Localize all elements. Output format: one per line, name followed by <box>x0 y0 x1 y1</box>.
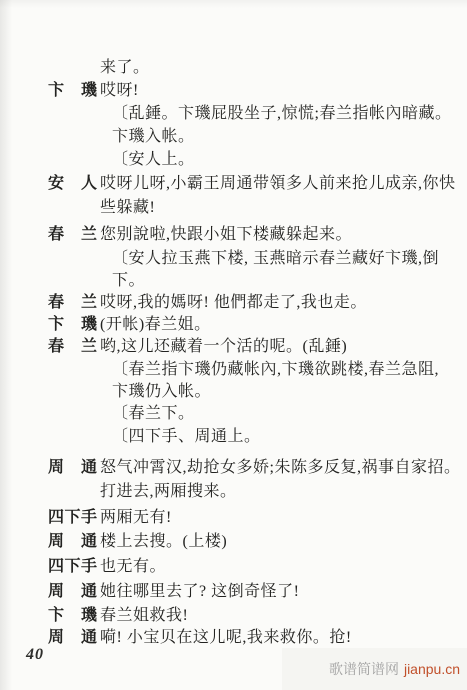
line-text: 哎呀! <box>100 81 139 101</box>
script-line: 周 通楼上去搜。(上楼) <box>0 532 467 552</box>
page-number: 40 <box>26 646 44 664</box>
watermark-site-name: 歌谱简谱网 <box>329 661 399 677</box>
speaker-name: 春 兰 <box>48 337 98 357</box>
script-line: 〔春兰指卞璣仍藏帐內,卞璣欲跳楼,春兰急阻, <box>0 360 467 380</box>
script-line: 春 兰哟,这儿还藏着一个活的呢。(乱錘) <box>0 337 467 357</box>
page-top-edge-shade <box>0 0 467 8</box>
script-line: 〔乱錘。卞璣屁股坐子,惊慌;春兰指帐內暗藏。 <box>0 104 467 124</box>
line-text: (开帐)春兰姐。 <box>100 315 211 335</box>
script-line: 周 通怒气冲霄汉,劫抢女多娇;朱陈多反复,祸事自家招。 <box>0 458 467 478</box>
line-text: 春兰姐救我! <box>100 606 188 626</box>
speaker-name: 春 兰 <box>48 293 98 313</box>
watermark-site-domain: jianpu.cn <box>404 661 460 677</box>
line-text: 些躲藏! <box>100 198 155 218</box>
line-text: 卞璣仍入帐。 <box>112 382 211 402</box>
script-line: 卞 璣哎呀! <box>0 81 467 101</box>
speaker-name: 卞 璣 <box>48 315 98 335</box>
script-line: 〔四下手、周通上。 <box>0 427 467 447</box>
line-text: 来了。 <box>100 58 150 78</box>
line-text: 她往哪里去了? 这倒奇怪了! <box>100 582 299 602</box>
line-text: 怒气冲霄汉,劫抢女多娇;朱陈多反复,祸事自家招。 <box>100 458 460 478</box>
script-line: 春 兰哎呀,我的媽呀! 他們都走了,我也走。 <box>0 293 467 313</box>
line-text: 哟,这儿还藏着一个活的呢。(乱錘) <box>100 337 347 357</box>
speaker-name: 周 通 <box>48 628 98 648</box>
script-line: 来了。 <box>0 58 467 78</box>
script-line: 卞璣仍入帐。 <box>0 382 467 402</box>
line-text: 哎呀儿呀,小霸王周通带領多人前来抢儿成亲,你快 <box>100 174 456 194</box>
script-line: 周 通她往哪里去了? 这倒奇怪了! <box>0 582 467 602</box>
line-text: 卞璣入帐。 <box>112 127 195 147</box>
speaker-name: 四下手 <box>48 508 98 528</box>
line-text: 〔春兰指卞璣仍藏帐內,卞璣欲跳楼,春兰急阻, <box>112 360 439 380</box>
line-text: 下。 <box>112 271 145 291</box>
speaker-name: 周 通 <box>48 582 98 602</box>
script-line: 卞 璣春兰姐救我! <box>0 606 467 626</box>
watermark: 歌谱简谱网jianpu.cn <box>329 659 460 679</box>
script-line: 下。 <box>0 271 467 291</box>
script-line: 卞璣入帐。 <box>0 127 467 147</box>
script-line: 〔安人拉玉燕下楼, 玉燕暗示春兰藏好卞璣,倒 <box>0 249 467 269</box>
script-line: 四下手两厢无有! <box>0 508 467 528</box>
script-line: 四下手也无有。 <box>0 557 467 577</box>
line-text: 〔安人拉玉燕下楼, 玉燕暗示春兰藏好卞璣,倒 <box>112 249 439 269</box>
speaker-name: 春 兰 <box>48 225 98 245</box>
line-text: 楼上去搜。(上楼) <box>100 532 227 552</box>
speaker-name: 四下手 <box>48 557 98 577</box>
speaker-name: 周 通 <box>48 458 98 478</box>
speaker-name: 卞 璣 <box>48 81 98 101</box>
script-page: 来了。卞 璣哎呀!〔乱錘。卞璣屁股坐子,惊慌;春兰指帐內暗藏。卞璣入帐。〔安人上… <box>0 0 467 690</box>
line-text: 〔安人上。 <box>112 150 195 170</box>
line-text: 〔乱錘。卞璣屁股坐子,惊慌;春兰指帐內暗藏。 <box>112 104 451 124</box>
script-line: 些躲藏! <box>0 198 467 218</box>
script-line: 〔安人上。 <box>0 150 467 170</box>
line-text: 也无有。 <box>100 557 166 577</box>
script-line: 周 通嗬! 小宝贝在这儿呢,我来救你。抢! <box>0 628 467 648</box>
script-line: 〔春兰下。 <box>0 404 467 424</box>
line-text: 〔春兰下。 <box>112 404 195 424</box>
script-line: 打进去,两厢搜来。 <box>0 482 467 502</box>
speaker-name: 周 通 <box>48 532 98 552</box>
line-text: 打进去,两厢搜来。 <box>100 482 237 502</box>
script-line: 春 兰您别說啦,快跟小姐下楼藏躲起来。 <box>0 225 467 245</box>
line-text: 您别說啦,快跟小姐下楼藏躲起来。 <box>100 225 352 245</box>
script-line: 卞 璣(开帐)春兰姐。 <box>0 315 467 335</box>
line-text: 两厢无有! <box>100 508 172 528</box>
line-text: 〔四下手、周通上。 <box>112 427 261 447</box>
script-line: 安 人哎呀儿呀,小霸王周通带領多人前来抢儿成亲,你快 <box>0 174 467 194</box>
speaker-name: 安 人 <box>48 174 98 194</box>
line-text: 哎呀,我的媽呀! 他們都走了,我也走。 <box>100 293 367 313</box>
speaker-name: 卞 璣 <box>48 606 98 626</box>
line-text: 嗬! 小宝贝在这儿呢,我来救你。抢! <box>100 628 352 648</box>
